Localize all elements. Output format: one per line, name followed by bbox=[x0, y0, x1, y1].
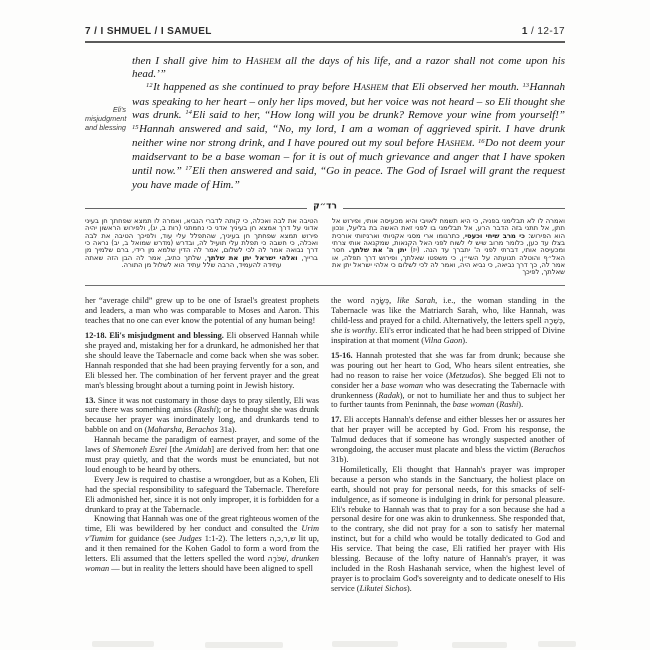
text-run: Every Jew is required to chastise a wron… bbox=[85, 475, 319, 514]
commentary-divider bbox=[85, 285, 565, 286]
paragraph: Hannah became the paradigm of earnest pr… bbox=[85, 435, 319, 475]
text-run: Radak bbox=[378, 391, 399, 400]
paragraph: הטיבה את לבה ואכלה, כי קותה לדברי הנביא,… bbox=[85, 218, 318, 269]
text-run: 31a). bbox=[218, 425, 237, 434]
text-run: Homiletically, Eli thought that Hannah's… bbox=[331, 465, 565, 593]
text-run: Amidah bbox=[185, 445, 211, 454]
header-book-title: 7 / I SHMUEL / I SAMUEL bbox=[85, 26, 212, 37]
separator-line-left bbox=[85, 208, 307, 209]
text-run: Hashem bbox=[246, 55, 281, 67]
text-run: Berachos bbox=[533, 445, 565, 454]
paragraph: 12It happened as she continued to pray b… bbox=[132, 81, 565, 192]
text-run: 15-16. bbox=[331, 351, 353, 360]
text-run: 13 bbox=[522, 82, 529, 89]
text-run: for guidance (see bbox=[113, 534, 178, 543]
english-commentary-section: her “average child” grew up to be one of… bbox=[85, 296, 565, 593]
text-run: Vilna Gaon bbox=[424, 336, 462, 345]
text-run: , bbox=[389, 296, 397, 305]
text-run: Rashi bbox=[499, 400, 518, 409]
paragraph: Knowing that Hannah was one of the great… bbox=[85, 514, 319, 573]
text-run: 16 bbox=[478, 138, 485, 145]
text-run: Likutei Sichos bbox=[360, 584, 407, 593]
text-run: [the bbox=[167, 445, 185, 454]
text-run: / 12-17 bbox=[528, 26, 565, 37]
scan-artifact bbox=[538, 641, 576, 647]
text-run: that Eli observed her mouth. bbox=[388, 81, 522, 93]
radak-separator: רד״ק bbox=[85, 203, 565, 213]
translation-section: Eli's misjudgment and blessing then I sh… bbox=[85, 55, 565, 192]
paragraph: then I shall give him to Hashem all the … bbox=[132, 55, 565, 81]
paragraph: the word כְּשָׂרָה, like Sarah, i.e., th… bbox=[331, 296, 565, 346]
paragraph: Homiletically, Eli thought that Hannah's… bbox=[331, 465, 565, 594]
text-run: then I shall give him to bbox=[132, 55, 246, 67]
text-run: 17 bbox=[185, 165, 192, 172]
text-run: Shemoneh Esrei bbox=[113, 445, 167, 454]
scan-artifact bbox=[92, 641, 154, 647]
text-run: Eli then answered and said, “Go in peace… bbox=[132, 165, 565, 191]
scan-artifact bbox=[332, 641, 398, 647]
paragraph: 12-18. Eli's misjudgment and blessing. E… bbox=[85, 331, 319, 390]
text-run: 13. bbox=[85, 396, 95, 405]
text-run: the word bbox=[331, 296, 370, 305]
text-run: Hashem bbox=[353, 81, 388, 93]
radak-column-left: הטיבה את לבה ואכלה, כי קותה לדברי הנביא,… bbox=[85, 218, 318, 276]
text-run: , bbox=[563, 316, 565, 325]
text-run: Metzudos bbox=[449, 371, 481, 380]
text-run: Rashi bbox=[197, 405, 216, 414]
text-run: like Sarah bbox=[397, 296, 435, 305]
text-run: It happened as she continued to pray bef… bbox=[153, 81, 353, 93]
text-run: 17. bbox=[331, 415, 341, 424]
header-chapter-verses: 1 / 12-17 bbox=[522, 26, 565, 37]
separator-line-right bbox=[343, 208, 565, 209]
hebrew-word: כְּשָׂרָה bbox=[370, 296, 389, 305]
text-run: ). bbox=[518, 400, 523, 409]
text-run: 14 bbox=[185, 109, 192, 116]
text-run: Hashem bbox=[437, 137, 472, 149]
radak-hebrew-columns: ואמרה לו לא תבלימני בפניה, כי היא תשמח ל… bbox=[85, 218, 565, 276]
scan-artifact bbox=[205, 642, 283, 648]
text-run: base woman bbox=[453, 400, 495, 409]
page-header: 7 / I SHMUEL / I SAMUEL 1 / 12-17 bbox=[85, 26, 565, 43]
paragraph: ואמרה לו לא תבלימני בפניה, כי היא תשמח ל… bbox=[332, 218, 565, 276]
paragraph: 13. Since it was not customary in those … bbox=[85, 396, 319, 436]
hebrew-word: שִׁכֹּרָה bbox=[268, 554, 287, 563]
text-run: Knowing that Hannah was one of the great… bbox=[85, 514, 319, 533]
radak-commentator-label: רד״ק bbox=[313, 202, 337, 212]
text-run: ). bbox=[462, 336, 467, 345]
text-run: ). bbox=[407, 584, 412, 593]
text-run: 1:1-2). The letters bbox=[202, 534, 270, 543]
text-run: — but in reality the letters should have… bbox=[109, 564, 313, 573]
margin-note: Eli's misjudgment and blessing bbox=[85, 106, 126, 132]
text-run: Eli accepts Hannah's defense and either … bbox=[331, 415, 565, 454]
paragraph: 15-16. Hannah protested that she was far… bbox=[331, 351, 565, 410]
commentary-column-left: her “average child” grew up to be one of… bbox=[85, 296, 319, 593]
text-run: 12-18. Eli's misjudgment and blessing. bbox=[85, 331, 224, 340]
text-run: her “average child” grew up to be one of… bbox=[85, 296, 319, 325]
text-run: 31b). bbox=[331, 455, 348, 464]
commentary-column-right: the word כְּשָׂרָה, like Sarah, i.e., th… bbox=[331, 296, 565, 593]
hebrew-word: ש,ר,כ,ה bbox=[269, 534, 295, 543]
paragraph: her “average child” grew up to be one of… bbox=[85, 296, 319, 326]
text-run: 12 bbox=[146, 82, 153, 89]
text-run: 15 bbox=[132, 124, 139, 131]
text-run: she is worthy bbox=[331, 326, 375, 335]
hebrew-word: כְּשֵׁרָה bbox=[544, 316, 563, 325]
text-run: Eli said to her, “How long will you be d… bbox=[192, 109, 565, 121]
verse-translation-text: then I shall give him to Hashem all the … bbox=[132, 55, 565, 192]
radak-column-right: ואמרה לו לא תבלימני בפניה, כי היא תשמח ל… bbox=[332, 218, 565, 276]
text-run: base woman bbox=[381, 381, 423, 390]
paragraph: 17. Eli accepts Hannah's defense and eit… bbox=[331, 415, 565, 465]
book-page: 7 / I SHMUEL / I SAMUEL 1 / 12-17 Eli's … bbox=[0, 0, 650, 650]
scan-artifact bbox=[452, 642, 507, 648]
paragraph: Every Jew is required to chastise a wron… bbox=[85, 475, 319, 515]
text-run: Maharsha, Berachos bbox=[147, 425, 217, 434]
text-run: Judges bbox=[179, 534, 202, 543]
